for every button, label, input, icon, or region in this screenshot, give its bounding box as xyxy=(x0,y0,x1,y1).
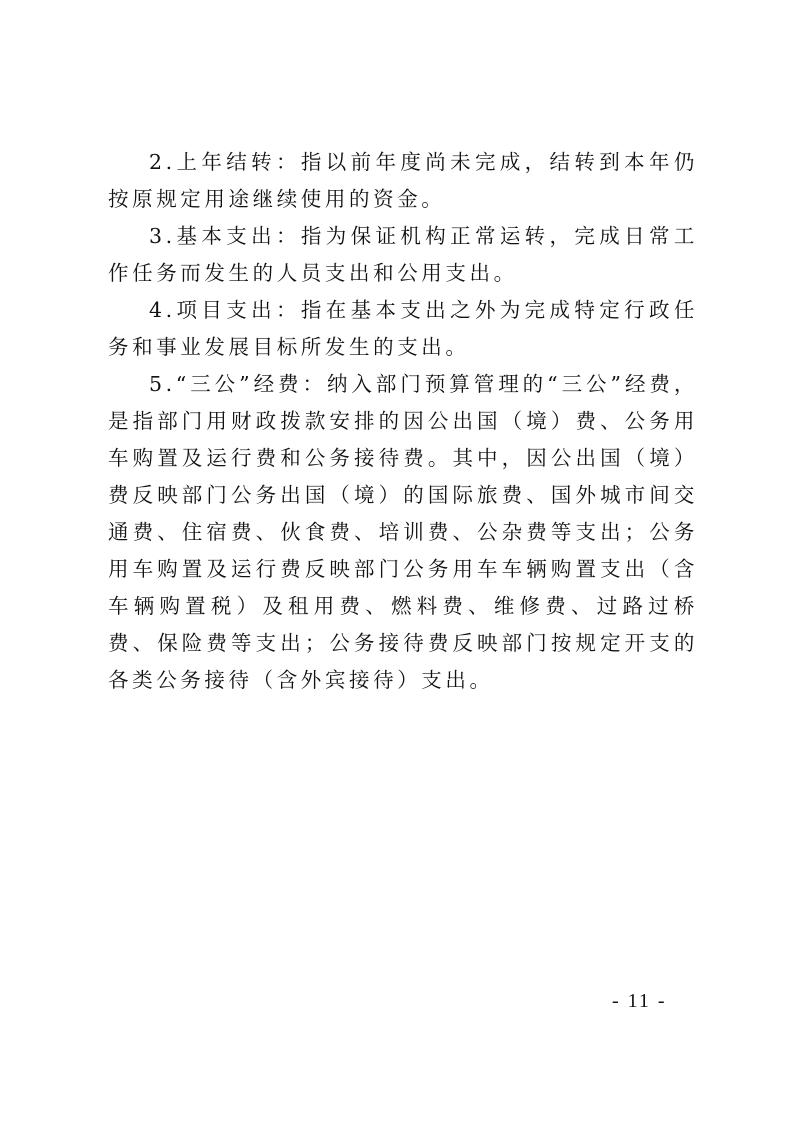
paragraph-basic-expenditure: 3.基本支出：指为保证机构正常运转，完成日常工作任务而发生的人员支出和公用支出。 xyxy=(108,218,698,292)
paragraph-project-expenditure: 4.项目支出：指在基本支出之外为完成特定行政任务和事业发展目标所发生的支出。 xyxy=(108,292,698,366)
paragraph-three-public-expenses: 5.“三公”经费：纳入部门预算管理的“三公”经费，是指部门用财政拨款安排的因公出… xyxy=(108,366,698,699)
page-number: - 11 - xyxy=(612,990,667,1013)
document-body: 2.上年结转：指以前年度尚未完成，结转到本年仍按原规定用途继续使用的资金。 3.… xyxy=(108,144,698,699)
paragraph-carryover: 2.上年结转：指以前年度尚未完成，结转到本年仍按原规定用途继续使用的资金。 xyxy=(108,144,698,218)
